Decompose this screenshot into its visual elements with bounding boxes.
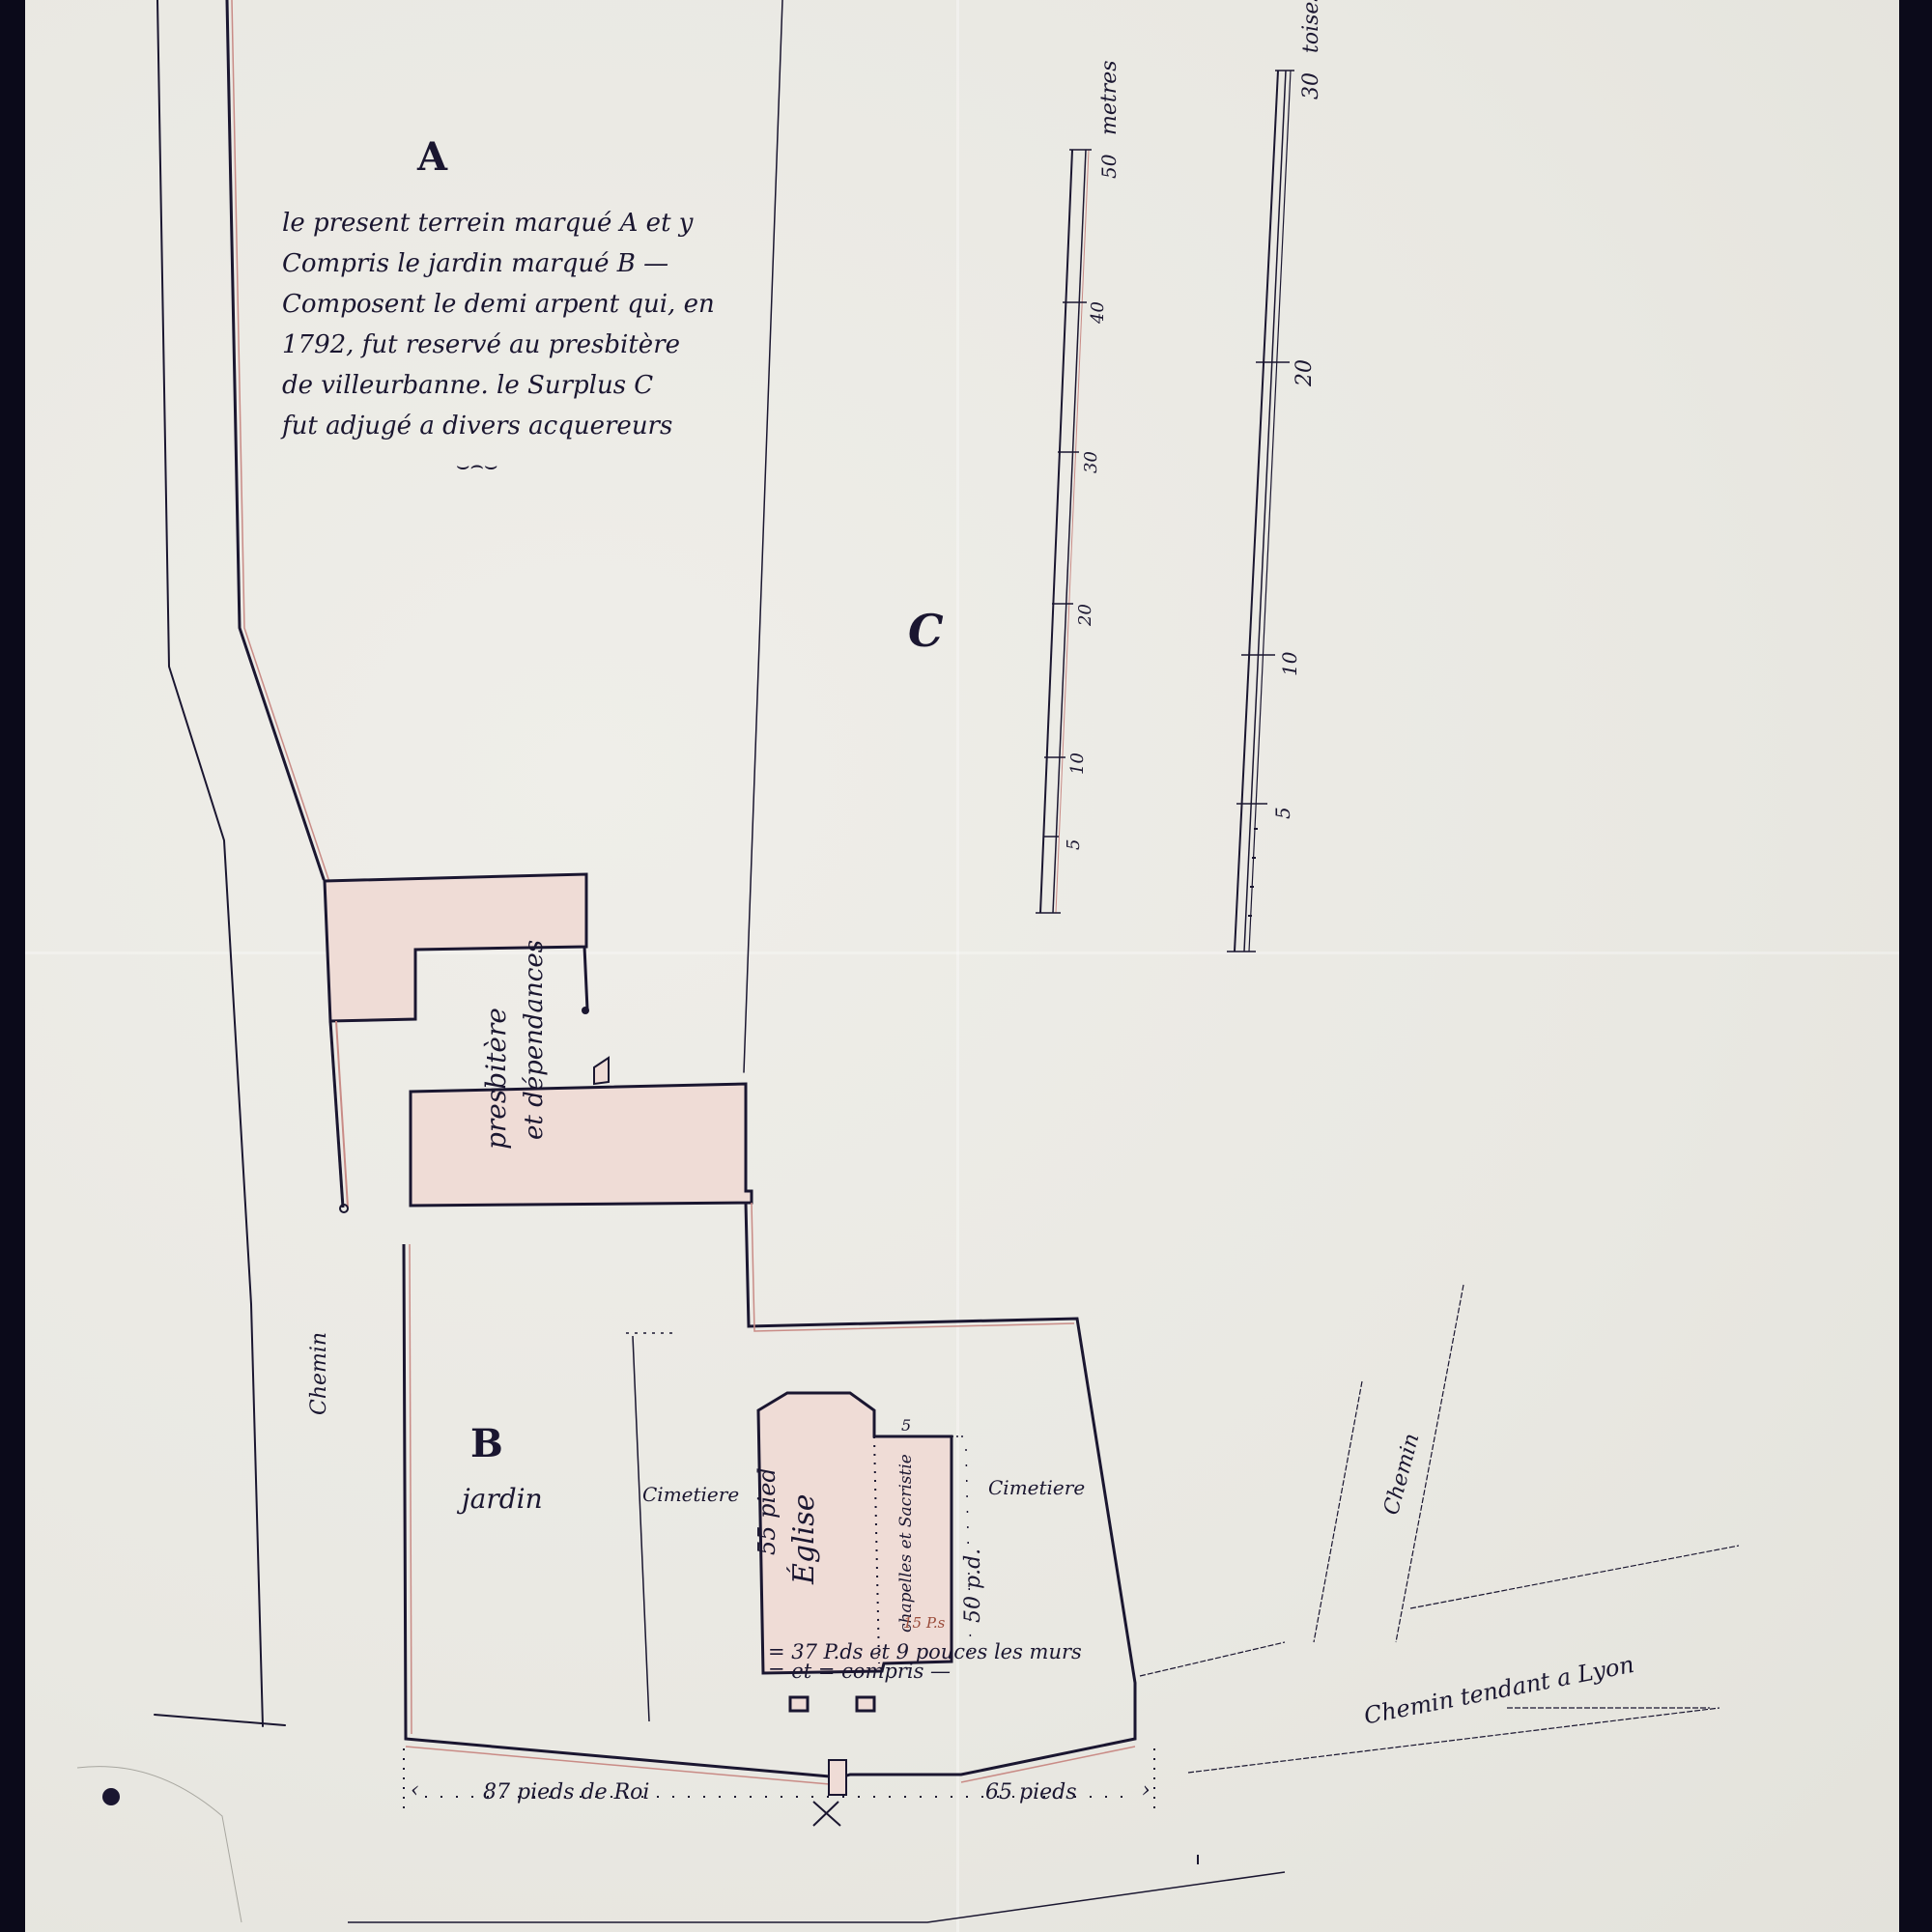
note-line: 1792, fut reservé au presbitère [282,325,804,365]
church [758,1393,971,1826]
scale-metres-tick: 20 [1077,604,1094,626]
chapelles-label: chapelles et Sacristie [898,1454,915,1633]
scale-bar-metres [1036,150,1092,913]
parcel-a-letter: A [417,138,447,177]
note-line: Composent le demi arpent qui, en [282,284,804,325]
scale-metres-tick: 30 [1083,451,1100,473]
note-line: Compris le jardin marqué B — [282,243,804,284]
east-wall-dimension: 50 p.d. [963,1548,984,1623]
note-line: de villeurbanne. le Surplus C [282,365,804,406]
chemin-west-outer-line [157,0,263,1726]
chemin-west-label: Chemin [309,1332,330,1415]
east-dimension: 65 pieds [985,1782,1077,1804]
scale-metres-tick: 50 [1099,155,1119,179]
scale-metres-unit: metres [1099,60,1121,135]
parcel-a-east-boundary [744,0,782,1072]
scale-toises-tick: 10 [1280,652,1299,676]
note-line: le present terrein marqué A et y [282,203,804,243]
dependances-label: et dépendances [522,940,547,1140]
cimetiere-west-label: Cimetiere [642,1485,739,1504]
cimetiere-east-label: Cimetiere [988,1478,1085,1497]
enclosure-walls [348,1203,1739,1922]
eglise-label: Église [790,1494,819,1584]
parcel-b-letter: B [470,1425,503,1463]
scale-bar-toises [1227,71,1294,952]
chapelles-bottom-width: 15 P.s [903,1616,945,1631]
note-line: fut adjugé a divers acquereurs [282,406,804,446]
reservation-note: le present terrein marqué A et y Compris… [282,203,804,487]
parcel-b-label: jardin [462,1486,543,1513]
scale-toises-unit: toises [1301,0,1322,53]
scale-toises-tick: 5 [1273,807,1293,819]
chapelles-top-width: 5 [901,1418,911,1434]
scale-metres-tick: 40 [1090,301,1107,324]
scale-metres-tick: 10 [1069,753,1087,775]
presbytere-label: presbitère [483,1008,510,1150]
ink-blot [102,1788,120,1805]
scale-metres-tick: 5 [1065,839,1083,850]
note-flourish: ⌣⌢⌣ [282,446,804,487]
scale-toises-tick: 20 [1294,359,1316,386]
parcel-c-letter: C [908,609,944,653]
church-width-note: = 37 P.ds et 9 pouces les murs = et = co… [768,1642,1096,1681]
west-dimension: 87 pieds de Roi [483,1782,649,1804]
eglise-length-dimension: 55 pied [755,1467,779,1555]
scale-toises-tick: 30 [1301,72,1322,99]
